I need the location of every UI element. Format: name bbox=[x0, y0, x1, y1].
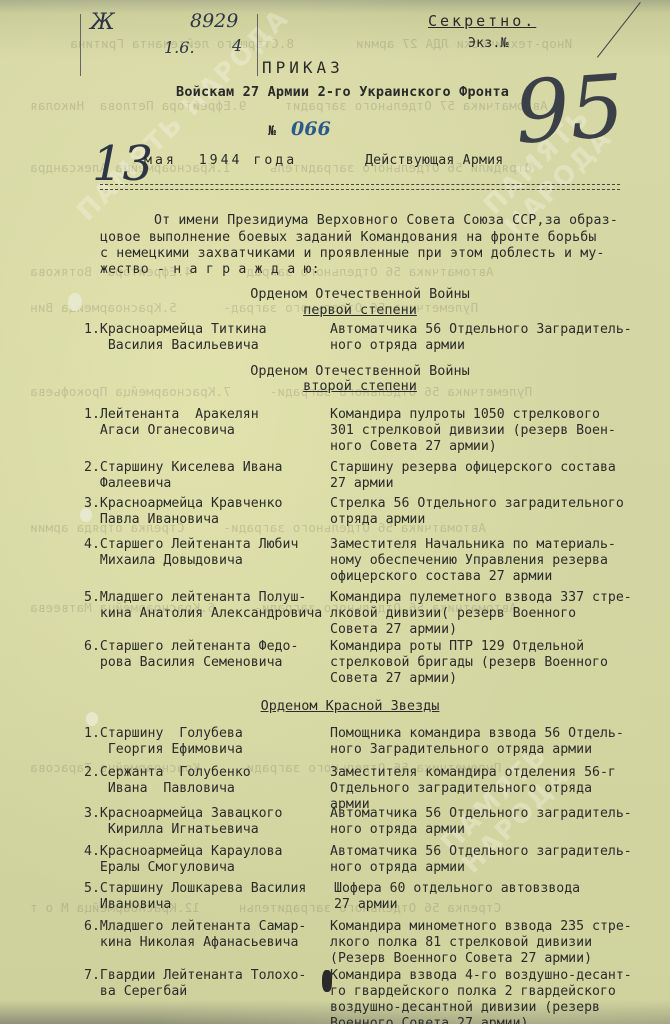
role-line: 27 армии bbox=[334, 897, 398, 912]
recipient-role: Командира минометного взвода 235 стре-лк… bbox=[330, 919, 632, 967]
order-date: мая 1944 года bbox=[144, 153, 297, 168]
recipient-role: Стрелка 56 Отдельного заградительногоотр… bbox=[330, 496, 624, 528]
order-number-prefix: № bbox=[268, 124, 276, 139]
recipient-name-line: ва Серегбай bbox=[100, 984, 187, 999]
role-line: Заместителя командира отделения 56-г bbox=[330, 765, 616, 780]
recipient-name: 1.Лейтенанта Аракелян Агаси Оганесовича bbox=[84, 407, 259, 439]
role-line: офицерского состава 27 армии bbox=[330, 569, 552, 584]
recipient-name-line: Агаси Оганесовича bbox=[100, 423, 235, 438]
entry-number: 3. bbox=[84, 806, 100, 821]
role-line: лкого полка 81 стрелковой дивизии bbox=[330, 935, 592, 950]
entry-number: 5. bbox=[84, 881, 100, 896]
recipient-role: Шофера 60 отдельного автовзвода27 армии bbox=[334, 881, 580, 913]
bleed-through-text: Автоматчика 57 Отдельного заградит 9.Ефр… bbox=[30, 98, 548, 113]
order-location: Действующая Армия bbox=[365, 153, 503, 168]
recipient-name-line: Василия Васильевича bbox=[108, 338, 259, 353]
separator-line bbox=[100, 189, 620, 190]
role-line: Командира роты ПТР 129 Отдельной bbox=[330, 639, 584, 654]
archive-number: 8929 bbox=[190, 10, 238, 32]
entry-number: 1. bbox=[84, 407, 100, 422]
entry-number: 2. bbox=[84, 765, 100, 780]
recipient-role: Командира пулеметного взвода 337 стре-лк… bbox=[330, 590, 632, 638]
section-subtitle: второй степени bbox=[200, 378, 520, 394]
role-line: воздушно-десантной дивизии (резерв bbox=[330, 1000, 600, 1015]
section-subtitle: первой степени bbox=[200, 302, 520, 318]
role-line: Автоматчика 56 Отдельного Заградитель- bbox=[330, 322, 632, 337]
role-line: ного отряда армии bbox=[330, 338, 465, 353]
role-line: Автоматчика 56 Отдельного заградитель- bbox=[330, 806, 632, 821]
recipient-name-line: Фалеевича bbox=[100, 476, 171, 491]
role-line: Помощника командира взвода 56 Отдель- bbox=[330, 726, 624, 741]
paper-blemish bbox=[68, 293, 82, 311]
recipient-name-line: кина Николая Афанасьевича bbox=[100, 935, 299, 950]
role-line: 27 армии bbox=[330, 476, 394, 491]
role-line: Заместителя Начальника по материаль- bbox=[330, 537, 616, 552]
entry-number: 1. bbox=[84, 726, 100, 741]
recipient-name-line: Сержанта Голубенко bbox=[100, 765, 251, 780]
order-subtitle: Войскам 27 Армии 2-го Украинского Фронта bbox=[176, 84, 509, 100]
separator-line bbox=[100, 184, 620, 185]
entry-number: 5. bbox=[84, 590, 100, 605]
recipient-name: 3.Красноармейца Кравченко Павла Иванович… bbox=[84, 496, 283, 528]
order-number: 066 bbox=[291, 118, 331, 140]
role-line: 301 стрелковой дивизии (резерв Воен- bbox=[330, 423, 616, 438]
recipient-role: Автоматчика 56 Отдельного заградитель-но… bbox=[330, 844, 632, 876]
classification-label: Секретно. bbox=[428, 12, 536, 30]
recipient-name-line: Михаила Довыдовича bbox=[100, 553, 243, 568]
archive-ref-2: 4 bbox=[232, 36, 242, 55]
recipient-role: Автоматчика 56 Отдельного заградитель-но… bbox=[330, 806, 632, 838]
role-line: Старшину резерва офицерского состава bbox=[330, 460, 616, 475]
recipient-role: Автоматчика 56 Отдельного Заградитель-но… bbox=[330, 322, 632, 354]
pencil-stroke bbox=[597, 2, 641, 58]
recipient-name: 7.Гвардии Лейтенанта Толохо- ва Серегбай bbox=[84, 968, 306, 1000]
role-line: Совета 27 армии) bbox=[330, 622, 457, 637]
recipient-name: 1.Старшину Голубева Георгия Ефимовича bbox=[84, 726, 243, 758]
role-line: ного Заградительного отряда армии bbox=[330, 742, 592, 757]
role-line: ного отряда армии bbox=[330, 860, 465, 875]
section-title: Орденом Отечественной Войны bbox=[200, 363, 520, 379]
document-page: Инор-технически ЛДА 27 армии 8.Старшего … bbox=[0, 0, 670, 1024]
role-line: ного отряда армии bbox=[330, 822, 465, 837]
recipient-role: Командира роты ПТР 129 Отдельнойстрелков… bbox=[330, 639, 608, 687]
recipient-name: 2.Старшину Киселева Ивана Фалеевича bbox=[84, 460, 283, 492]
order-title: ПРИКАЗ bbox=[262, 58, 344, 77]
recipient-name-line: кина Анатолия Александровича bbox=[100, 606, 322, 621]
section-title: Орденом Отечественной Войны bbox=[200, 286, 520, 302]
role-line: Военного Совета 27 армии) bbox=[330, 1016, 529, 1024]
entry-number: 7. bbox=[84, 968, 100, 983]
recipient-role: Помощника командира взвода 56 Отдель-ног… bbox=[330, 726, 624, 758]
recipient-name-line: Старшего Лейтенанта Любич bbox=[100, 537, 299, 552]
recipient-name: 2.Сержанта Голубенко Ивана Павловича bbox=[84, 765, 251, 797]
role-line: Стрелка 56 Отдельного заградительного bbox=[330, 496, 624, 511]
archive-mark: Ж bbox=[90, 10, 115, 35]
role-line: (Резерв Военного Совета 27 армии) bbox=[330, 951, 592, 966]
recipient-name-line: Красноармейца Завацкого bbox=[100, 806, 283, 821]
role-line: Командира минометного взвода 235 стре- bbox=[330, 919, 632, 934]
recipient-name: 6.Старшего лейтенанта Федо- рова Василия… bbox=[84, 639, 298, 671]
recipient-name-line: рова Василия Семеновича bbox=[100, 655, 283, 670]
recipient-name: 3.Красноармейца Завацкого Кирилла Игнать… bbox=[84, 806, 283, 838]
role-line: Командира пулроты 1050 стрелкового bbox=[330, 407, 600, 422]
recipient-name-line: Кирилла Игнатьевича bbox=[108, 822, 259, 837]
role-line: лковой дивизии( резерв Военного bbox=[330, 606, 576, 621]
entry-number: 1. bbox=[84, 322, 100, 337]
entry-number: 4. bbox=[84, 844, 100, 859]
role-line: Командира взвода 4-го воздушно-десант- bbox=[330, 968, 632, 983]
role-line: ному обеспечению Управления резерва bbox=[330, 553, 608, 568]
role-line: Совета 27 армии) bbox=[330, 671, 457, 686]
recipient-name-line: Старшего лейтенанта Федо- bbox=[100, 639, 299, 654]
archive-ref: 1.6. bbox=[164, 38, 195, 57]
recipient-name-line: Ивана Павловича bbox=[108, 781, 235, 796]
recipient-name-line: Красноармейца Кравченко bbox=[100, 496, 283, 511]
recipient-name: 5.Старшину Лошкарева Василия Ивановича bbox=[84, 881, 306, 913]
role-line: Автоматчика 56 Отдельного заградитель- bbox=[330, 844, 632, 859]
paper-blemish bbox=[80, 508, 92, 522]
recipient-name-line: Красноармейца Титкина bbox=[100, 322, 267, 337]
recipient-name-line: Старшину Голубева bbox=[100, 726, 243, 741]
entry-number: 2. bbox=[84, 460, 100, 475]
recipient-name-line: Лейтенанта Аракелян bbox=[100, 407, 259, 422]
paper-blemish bbox=[86, 712, 98, 726]
recipient-role: Командира пулроты 1050 стрелкового301 ст… bbox=[330, 407, 616, 455]
recipient-role: Заместителя Начальника по материаль-ному… bbox=[330, 537, 616, 585]
role-line: Отдельного заградительного отряда bbox=[330, 781, 592, 796]
recipient-name-line: Павла Ивановича bbox=[100, 512, 219, 527]
entry-number: 6. bbox=[84, 919, 100, 934]
role-line: ного Совета 27 армии) bbox=[330, 439, 497, 454]
entry-number: 4. bbox=[84, 537, 100, 552]
recipient-role: Командира взвода 4-го воздушно-десант-го… bbox=[330, 968, 632, 1024]
recipient-role: Старшину резерва офицерского состава27 а… bbox=[330, 460, 616, 492]
role-line: отряда армии bbox=[330, 512, 425, 527]
preamble-line: с немецкими захватчиками и проявленные п… bbox=[100, 246, 605, 261]
role-line: Командира пулеметного взвода 337 стре- bbox=[330, 590, 632, 605]
section-title: Орденом Красной Звезды bbox=[200, 698, 500, 714]
copy-label: Экз.№ bbox=[468, 36, 509, 51]
recipient-name-line: Красноармейца Караулова bbox=[100, 844, 283, 859]
recipient-name: 5.Младшего лейтенанта Полуш- кина Анатол… bbox=[84, 590, 322, 622]
recipient-name-line: Георгия Ефимовича bbox=[108, 742, 243, 757]
preamble-line: От имени Президиума Верховного Совета Со… bbox=[154, 213, 618, 228]
recipient-name: 4.Красноармейца Караулова Ералы Смогулов… bbox=[84, 844, 283, 876]
handwritten-page-number: 95 bbox=[512, 56, 628, 163]
recipient-name-line: Старшину Лошкарева Василия bbox=[100, 881, 306, 896]
role-line: го гвардейского полка 2 гвардейского bbox=[330, 984, 616, 999]
entry-number: 6. bbox=[84, 639, 100, 654]
recipient-name-line: Младшего лейтенанта Самар- bbox=[100, 919, 306, 934]
ink-blot bbox=[322, 970, 332, 992]
preamble-line: жество - н а г р а ж д а ю: bbox=[100, 262, 320, 277]
role-line: стрелковой бригады (резерв Военного bbox=[330, 655, 608, 670]
role-line: Шофера 60 отдельного автовзвода bbox=[334, 881, 580, 896]
recipient-name-line: Ералы Смогуловича bbox=[100, 860, 235, 875]
recipient-name: 4.Старшего Лейтенанта Любич Михаила Довы… bbox=[84, 537, 298, 569]
recipient-name-line: Ивановича bbox=[100, 897, 171, 912]
recipient-name-line: Старшину Киселева Ивана bbox=[100, 460, 283, 475]
recipient-name: 6.Младшего лейтенанта Самар- кина Никола… bbox=[84, 919, 306, 951]
recipient-name-line: Младшего лейтенанта Полуш- bbox=[100, 590, 306, 605]
recipient-name: 1.Красноармейца Титкина Василия Васильев… bbox=[84, 322, 267, 354]
preamble-line: цовое выполнение боевых заданий Командов… bbox=[100, 230, 597, 245]
recipient-name-line: Гвардии Лейтенанта Толохо- bbox=[100, 968, 306, 983]
